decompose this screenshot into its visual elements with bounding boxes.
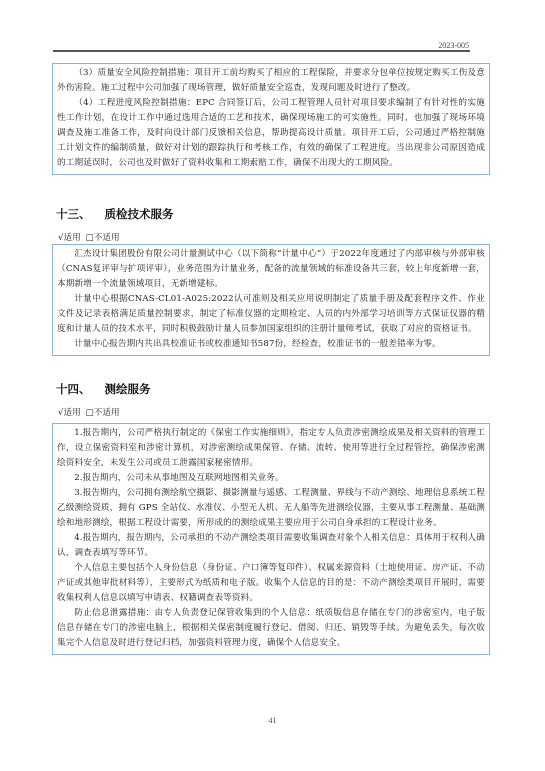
- quality-inspection-box: 汇杰设计集团股份有限公司计量测试中心（以下简称“计量中心”）于2022年度通过了…: [52, 244, 490, 356]
- section-14-heading: 十四、测绘服务: [56, 381, 151, 397]
- applicable-checkbox: √适用: [58, 233, 81, 243]
- section-14-applicability: √适用□不适用: [58, 406, 125, 418]
- paragraph: 汇杰设计集团股份有限公司计量测试中心（以下简称“计量中心”）于2022年度通过了…: [57, 247, 485, 292]
- section-number: 十三、: [56, 207, 91, 221]
- section-13-applicability: √适用□不适用: [58, 231, 125, 243]
- header-doc-code: 2023-005: [438, 41, 469, 50]
- paragraph: 计量中心报告期内共出具校准证书或校准通知书587份，经检查，校准证书的一般差错率…: [57, 337, 485, 352]
- not-applicable-checkbox: □不适用: [86, 233, 120, 243]
- not-applicable-checkbox: □不适用: [86, 408, 120, 418]
- header-rule: [53, 50, 470, 52]
- paragraph: 2.报告期内，公司未从事地图及互联网地图相关业务。: [57, 471, 485, 486]
- page-number: 41: [0, 716, 545, 725]
- risk-control-box: （3）质量安全风险控制措施：项目开工前均购买了相应的工程保险，并要求分包单位按规…: [52, 63, 490, 175]
- surveying-box: 1.报告期内，公司严格执行制定的《保密工作实施细则》，指定专人负责涉密测绘成果及…: [52, 423, 490, 655]
- section-title: 测绘服务: [105, 382, 151, 396]
- paragraph: 4.报告期内，报告期内，公司承担的不动产测绘类项目需要收集调查对象个人相关信息：…: [57, 531, 485, 561]
- paragraph: 3.报告期内，公司拥有测绘航空摄影、摄影测量与遥感、工程测量、界线与不动产测绘、…: [57, 486, 485, 531]
- paragraph: 防止信息泄露措施：由专人负责登记保管收集到的个人信息：纸质版信息存储在专门的涉密…: [57, 606, 485, 651]
- paragraph: （3）质量安全风险控制措施：项目开工前均购买了相应的工程保险，并要求分包单位按规…: [57, 66, 485, 96]
- section-number: 十四、: [56, 382, 91, 396]
- applicable-checkbox: √适用: [58, 408, 81, 418]
- paragraph: 计量中心根据CNAS-CL01-A025:2022认可准则及相关应用说明制定了质…: [57, 292, 485, 337]
- paragraph: 1.报告期内，公司严格执行制定的《保密工作实施细则》，指定专人负责涉密测绘成果及…: [57, 426, 485, 471]
- paragraph: 个人信息主要包括个人身份信息（身份证、户口簿等复印件）、权属来源资料（土地使用证…: [57, 561, 485, 606]
- paragraph: （4）工程进度风险控制措施：EPC 合同签订后，公司工程管理人员针对项目要求编制…: [57, 96, 485, 171]
- section-13-heading: 十三、质检技术服务: [56, 206, 174, 222]
- section-title: 质检技术服务: [105, 207, 174, 221]
